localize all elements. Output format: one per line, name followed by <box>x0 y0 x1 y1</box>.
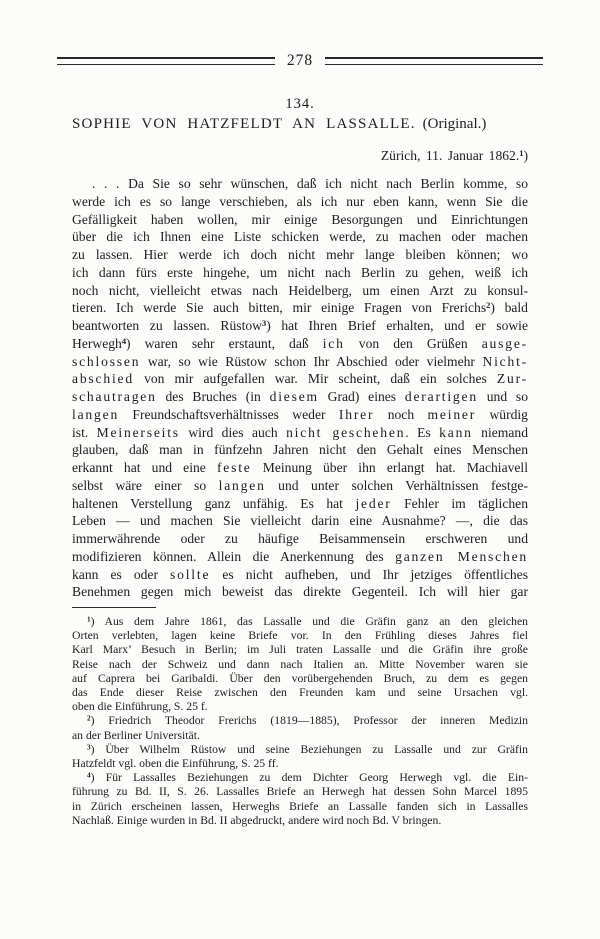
letter-body: . . . Da Sie so sehr wünschen, daß ich n… <box>72 175 528 601</box>
footnote-1: 1) Aus dem Jahre 1861, das Lassalle und … <box>72 615 528 714</box>
text-line: glauben, daß man in fünfzehn Jahren nich… <box>72 441 528 459</box>
letter-original-note: (Original.) <box>423 116 487 132</box>
text-line: Orten verlebten, lagen keine Briefe vor.… <box>72 629 528 643</box>
text-line: führung zu Bd. II, S. 26. Lassalles Brie… <box>72 785 528 799</box>
text-line: oben die Einführung, S. 25 f. <box>72 700 528 714</box>
text-line: erkannt hat und eine feste Meinung über … <box>72 459 528 477</box>
text-line: an der Berliner Universität. <box>72 729 528 743</box>
text-line: zu lassen. Hier werde ich doch nicht meh… <box>72 246 528 264</box>
text-line: Leben — und machen Sie vielleicht darin … <box>72 512 528 530</box>
text-line: das Ende dieser Reise zwischen den Freun… <box>72 686 528 700</box>
text-line: ich dann fürs erste hingehe, um nicht na… <box>72 264 528 282</box>
text-line: 1) Aus dem Jahre 1861, das Lassalle und … <box>72 615 528 629</box>
text-line: modifizieren können. Allein die Anerkenn… <box>72 548 528 566</box>
text-line: über die ich Ihnen eine Liste schicken w… <box>72 228 528 246</box>
page-header: 278 <box>57 53 543 69</box>
text-line: Reise nach der Schweiz und dann nach Ita… <box>72 658 528 672</box>
text-line: selbst wäre einer so langen und unter so… <box>72 477 528 495</box>
footnote-4: 4) Für Lassalles Beziehungen zu dem Dich… <box>72 771 528 828</box>
text-line: tieren. Ich werde Sie auch bitten, mir e… <box>72 299 528 317</box>
text-line: Karl Marx’ Besuch in Berlin; im Juli tra… <box>72 643 528 657</box>
book-page: 278 134. SOPHIE VON HATZFELDT AN LASSALL… <box>0 0 600 939</box>
text-line: 4) Für Lassalles Beziehungen zu dem Dich… <box>72 771 528 785</box>
text-line: haltenen Verstellung ganz unfähig. Es ha… <box>72 495 528 513</box>
footnote-2: 2) Friedrich Theodor Frerichs (1819—1885… <box>72 714 528 742</box>
text-line: Benehmen gegen mich beweist das direkte … <box>72 583 528 601</box>
footnote-3: 3) Über Wilhelm Rüstow und seine Beziehu… <box>72 743 528 771</box>
text-line: Gefälligkeit haben wollen, mir einige Be… <box>72 211 528 229</box>
text-line: schautragen des Bruches (in diesem Grad)… <box>72 388 528 406</box>
text-line: schlossen war, so wie Rüstow schon Ihr A… <box>72 353 528 371</box>
header-rule-right <box>325 57 543 65</box>
text-line: in Zürich erscheinen lassen, Herweghs Br… <box>72 800 528 814</box>
footnote-separator <box>72 607 156 608</box>
text-line: auf Caprera bei Garibaldi. Über den vorü… <box>72 672 528 686</box>
text-line: Herwegh4) waren sehr erstaunt, daß ich v… <box>72 335 528 353</box>
text-line: beantworten zu lassen. Rüstow3) hat Ihre… <box>72 317 528 335</box>
text-line: 2) Friedrich Theodor Frerichs (1819—1885… <box>72 714 528 728</box>
text-line: 3) Über Wilhelm Rüstow und seine Beziehu… <box>72 743 528 757</box>
text-line: immerwährende oder zu häufige Beisammens… <box>72 530 528 548</box>
text-line: . . . Da Sie so sehr wünschen, daß ich n… <box>72 175 528 193</box>
text-line: Hatzfeldt vgl. oben die Einführung, S. 2… <box>72 757 528 771</box>
text-line: noch nicht, vielleicht etwas nach Heidel… <box>72 282 528 300</box>
letter-heading: SOPHIE VON HATZFELDT AN LASSALLE.(Origin… <box>72 116 528 133</box>
text-line: kann es oder sollte es nicht aufheben, u… <box>72 566 528 584</box>
text-line: ist. Meinerseits wird dies auch nicht ge… <box>72 424 528 442</box>
page-number: 278 <box>275 53 325 69</box>
header-rule-left <box>57 57 275 65</box>
text-line: Nachlaß. Einige wurden in Bd. II abgedru… <box>72 814 528 828</box>
text-line: langen Freundschaftsverhältnisses weder … <box>72 406 528 424</box>
text-line: werde ich es so lange verschieben, als i… <box>72 193 528 211</box>
letter-title: SOPHIE VON HATZFELDT AN LASSALLE. <box>72 116 416 132</box>
footnotes-block: 1) Aus dem Jahre 1861, das Lassalle und … <box>72 615 528 828</box>
text-line: abschied von mir aufgefallen war. Mir sc… <box>72 370 528 388</box>
letter-dateline: Zürich, 11. Januar 1862.1) <box>72 148 528 164</box>
document-number: 134. <box>0 96 600 113</box>
